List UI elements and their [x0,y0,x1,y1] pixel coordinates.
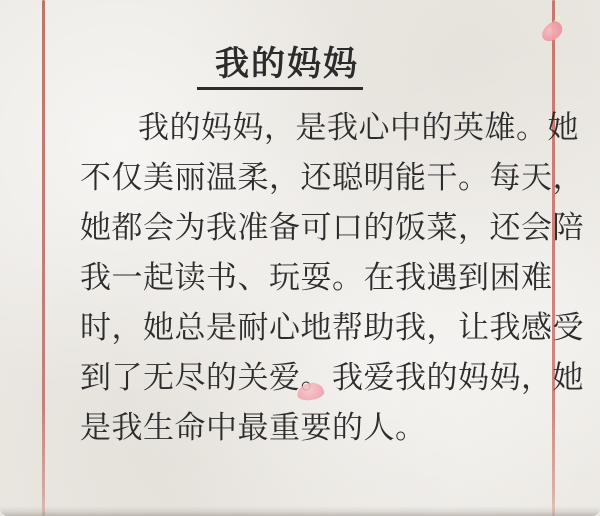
essay-title: 我的妈妈 [0,44,560,90]
body-line: 是我生命中最重要的人。 [80,403,535,453]
body-line: 时，她总是耐心地帮助我，让我感受 [80,303,535,353]
body-line: 她都会为我准备可口的饭菜，还会陪 [80,203,535,253]
body-line: 我一起读书、玩耍。在我遇到困难 [80,253,535,303]
paper-page: 我的妈妈 我的妈妈，是我心中的英雄。她 不仅美丽温柔，还聪明能干。每天， 她都会… [0,0,600,516]
body-line: 我的妈妈，是我心中的英雄。她 [80,103,535,153]
photo-edge-shadow [0,506,600,516]
body-line: 到了无尽的关爱。我爱我的妈妈，她 [80,353,535,403]
essay-title-text: 我的妈妈 [197,44,363,90]
body-line: 不仅美丽温柔，还聪明能干。每天， [80,153,535,203]
essay-body: 我的妈妈，是我心中的英雄。她 不仅美丽温柔，还聪明能干。每天， 她都会为我准备可… [80,103,535,453]
